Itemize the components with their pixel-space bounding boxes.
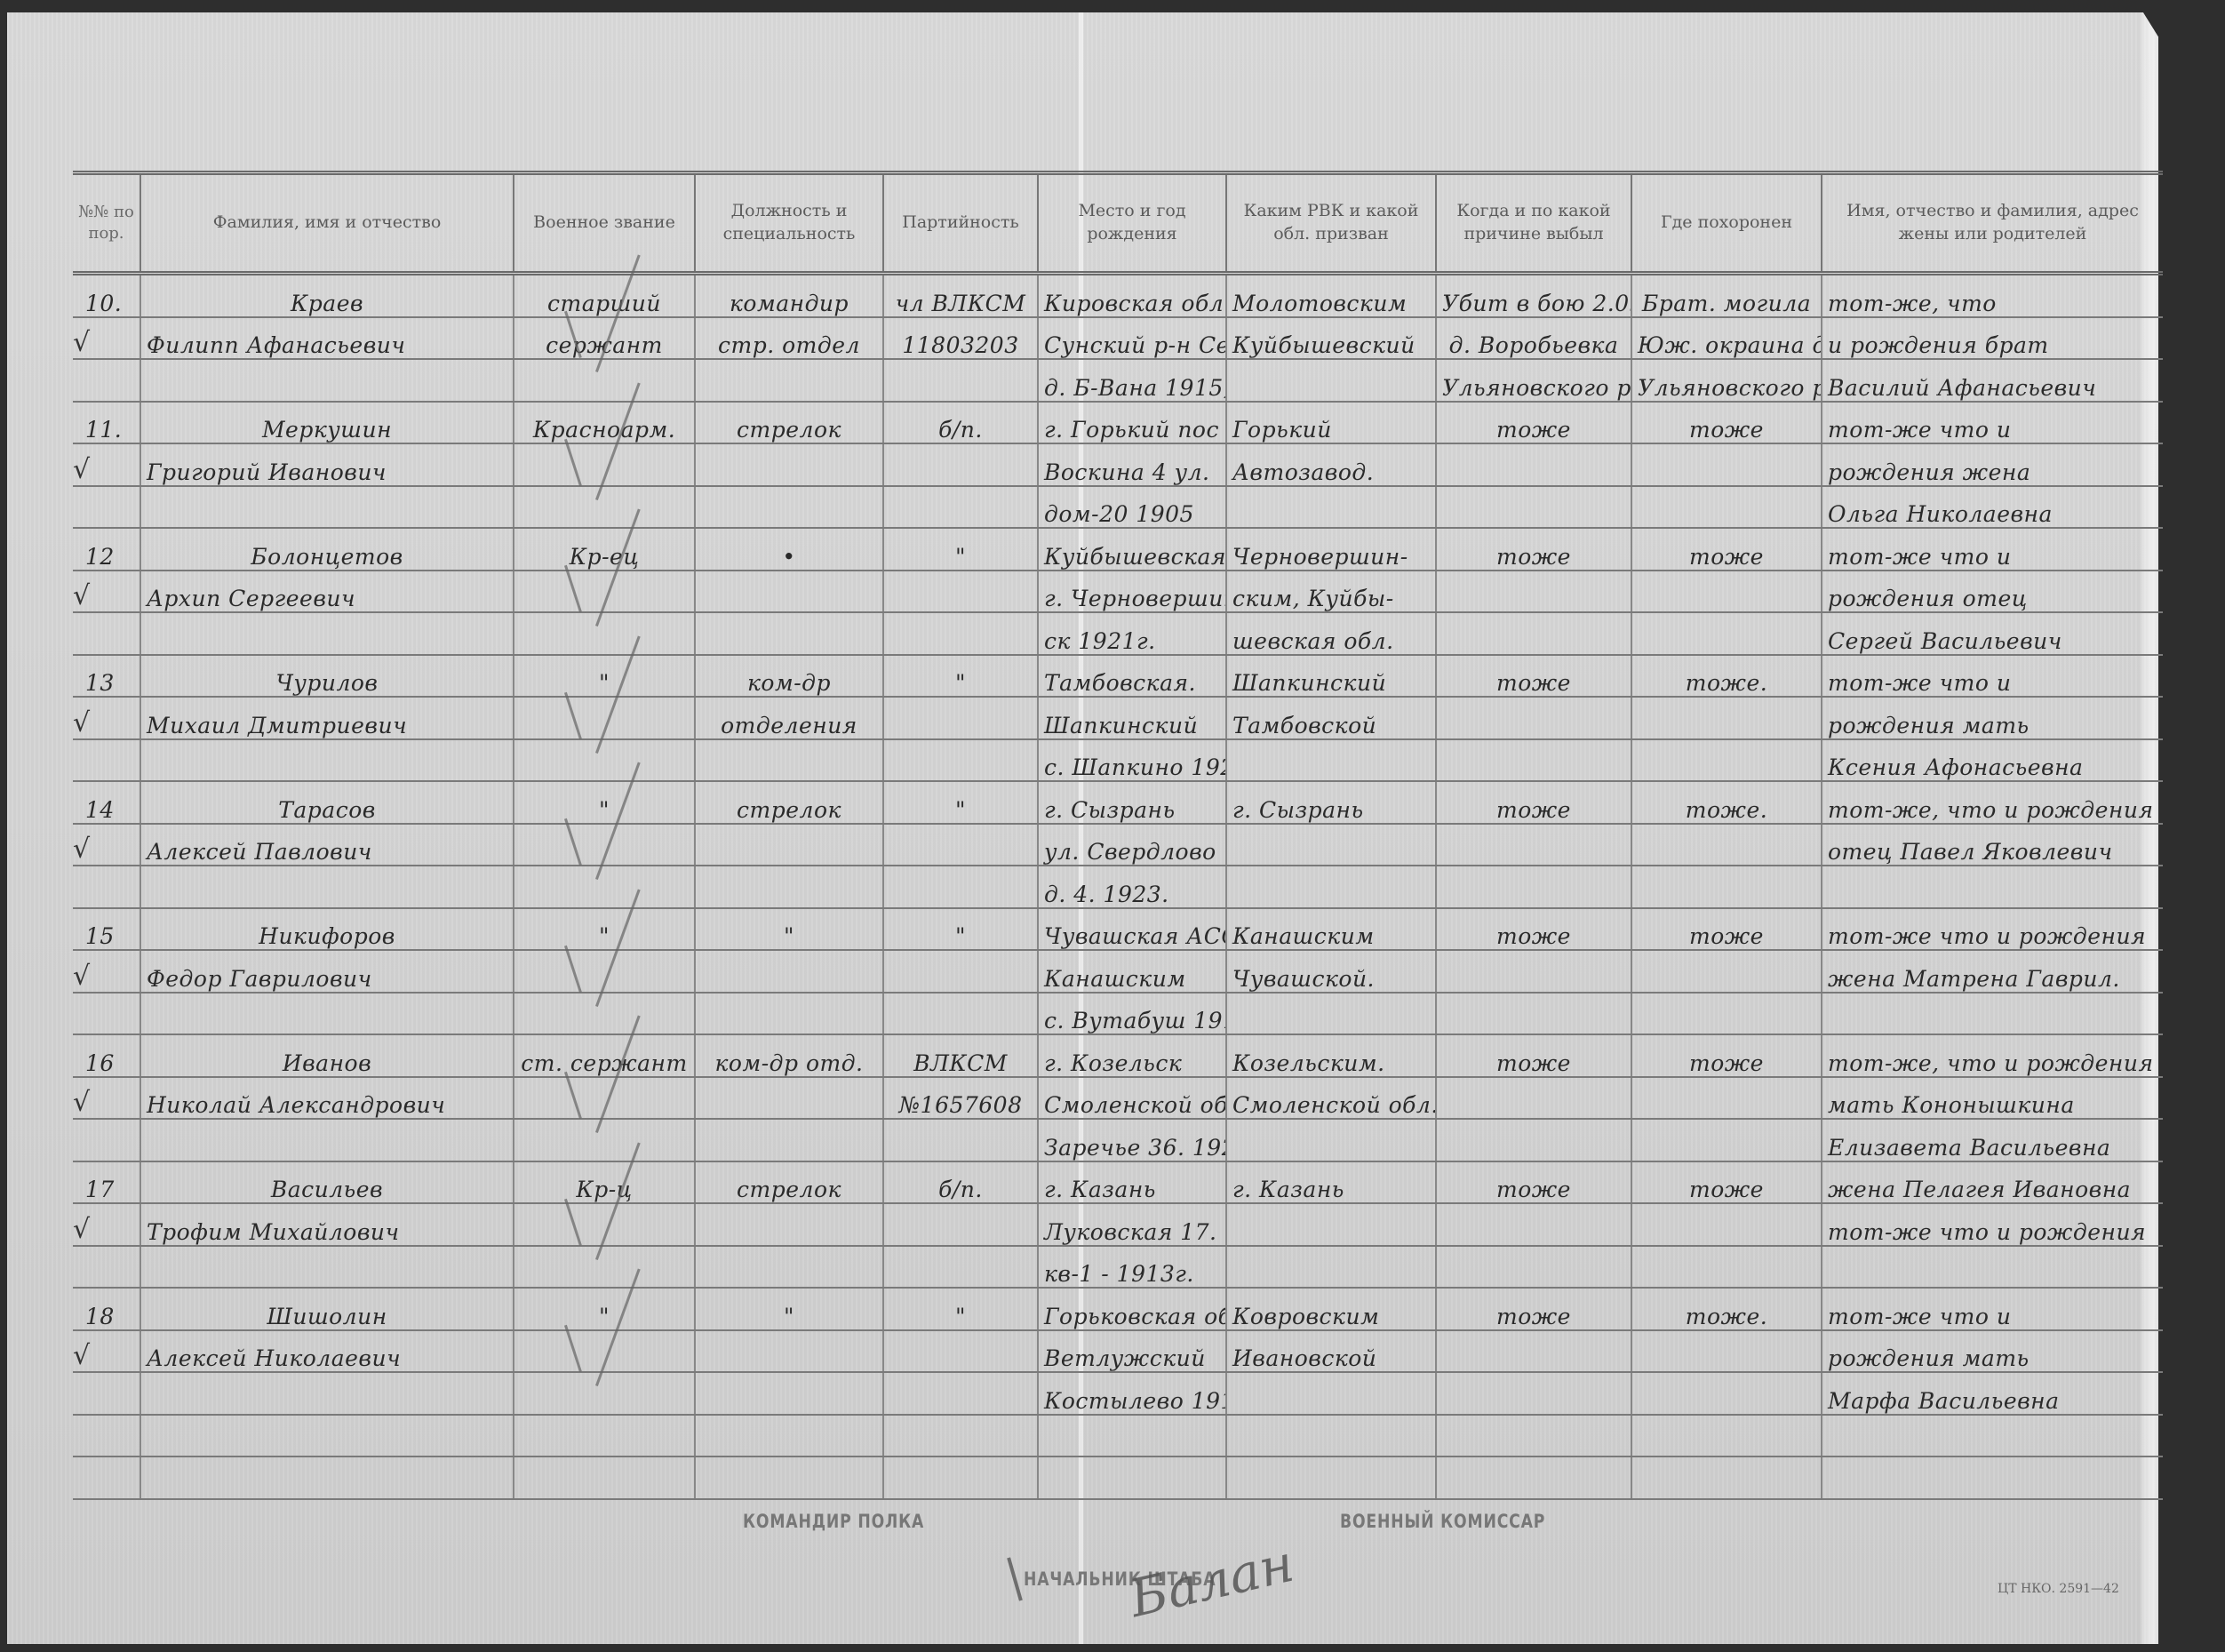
cell-position [695,739,883,782]
header-birth: Место и год рождения [1038,173,1226,274]
cell-party [883,993,1038,1035]
row-number [73,1246,140,1289]
empty-cell [1436,1456,1631,1499]
regiment-commander-label: КОМАНДИР ПОЛКА [743,1511,924,1532]
cell-relatives: жена Матрена Гаврил. [1822,950,2163,993]
cell-departed [1436,697,1631,739]
cell-conscripted: Козельским. [1226,1034,1436,1077]
cell-position: • [695,528,883,571]
cell-birth: Смоленской обл. [1038,1077,1226,1120]
cell-position: стрелок [695,1161,883,1204]
header-position: Должность и специальность [695,173,883,274]
row-number: 16 [73,1034,140,1077]
cell-conscripted [1226,993,1436,1035]
header-buried: Где похоронен [1631,173,1822,274]
cell-name: Филипп Афанасьевич [140,317,514,360]
cell-party: 11803203 [883,317,1038,360]
check-mark-icon: √ [73,1087,91,1118]
check-mark-icon: √ [73,454,91,485]
cell-rank: сержант [514,317,695,360]
cell-conscripted: Куйбышевский [1226,317,1436,360]
cell-party [883,1119,1038,1161]
cell-relatives: мать Кононышкина [1822,1077,2163,1120]
cell-party [883,1246,1038,1289]
cell-birth: с. Шапкино 1922 [1038,739,1226,782]
cell-party: " [883,1288,1038,1330]
cell-name [140,1372,514,1415]
cell-birth: Тамбовская. [1038,655,1226,698]
cell-birth: Костылево 1916. [1038,1372,1226,1415]
cell-relatives: тот-же что и [1822,655,2163,698]
cell-party [883,571,1038,613]
cell-conscripted: Тамбовской [1226,697,1436,739]
empty-cell [514,1415,695,1457]
cell-conscripted [1226,1119,1436,1161]
empty-cell [1038,1415,1226,1457]
cell-conscripted [1226,824,1436,866]
cell-position [695,1203,883,1246]
table-row: 12БолонцетовКр-ец•"КуйбышевскаяЧерноверш… [73,528,2163,571]
cell-rank: " [514,655,695,698]
cell-position: командир [695,274,883,317]
cell-buried [1631,486,1822,529]
cell-relatives: Елизавета Васильевна [1822,1119,2163,1161]
cell-name: Трофим Михайлович [140,1203,514,1246]
cell-departed: тоже [1436,528,1631,571]
cell-conscripted: Чувашской. [1226,950,1436,993]
cell-rank [514,824,695,866]
cell-relatives: отец Павел Яковлевич [1822,824,2163,866]
cell-buried: тоже. [1631,655,1822,698]
cell-relatives [1822,1246,2163,1289]
cell-name [140,1246,514,1289]
cell-conscripted: Автозавод. [1226,443,1436,486]
cell-rank [514,1119,695,1161]
cell-name: Никифоров [140,908,514,951]
cell-position [695,571,883,613]
cell-party: " [883,781,1038,824]
cell-name: Меркушин [140,402,514,444]
cell-buried: тоже [1631,528,1822,571]
cell-relatives [1822,866,2163,908]
cell-departed [1436,866,1631,908]
cell-relatives: Ольга Николаевна [1822,486,2163,529]
table-row: √Филипп Афанасьевичсержантстр. отдел1180… [73,317,2163,360]
table-row: д. Б-Вана 1915,Ульяновского р-на Орловск… [73,359,2163,402]
cell-birth: Шапкинский [1038,697,1226,739]
cell-position [695,443,883,486]
cell-rank: ст. сержант [514,1034,695,1077]
cell-buried: Юж. окраина д. Полошково [1631,317,1822,360]
cell-party [883,612,1038,655]
row-number: 14 [73,781,140,824]
cell-birth: Чувашская АССР [1038,908,1226,951]
cell-name [140,866,514,908]
check-mark-icon: √ [73,707,91,738]
cell-name [140,486,514,529]
cell-relatives: тот-же что и [1822,528,2163,571]
cell-relatives: рождения мать [1822,697,2163,739]
cell-departed [1436,443,1631,486]
cell-relatives: и рождения брат [1822,317,2163,360]
cell-relatives: тот-же что и рождения [1822,1203,2163,1246]
cell-buried [1631,1077,1822,1120]
cell-name: Григорий Иванович [140,443,514,486]
cell-conscripted [1226,739,1436,782]
cell-birth: Куйбышевская [1038,528,1226,571]
table-row: ск 1921г.шевская обл.Сергей Васильевич [73,612,2163,655]
cell-conscripted: г. Казань [1226,1161,1436,1204]
cell-departed: тоже [1436,1288,1631,1330]
table-header-row: №№ по пор. Фамилия, имя и отчество Военн… [73,173,2163,274]
cell-relatives: Ксения Афонасьевна [1822,739,2163,782]
cell-departed: тоже [1436,402,1631,444]
cell-birth: д. Б-Вана 1915, [1038,359,1226,402]
cell-name: Архип Сергеевич [140,571,514,613]
row-check-mark: √ [73,1330,140,1373]
empty-cell [73,1456,140,1499]
cell-conscripted [1226,1246,1436,1289]
table-row: 15Никифоров"""Чувашская АССРКанашскимтож… [73,908,2163,951]
cell-relatives: жена Пелагея Ивановна [1822,1161,2163,1204]
row-number: 11. [73,402,140,444]
cell-relatives: Марфа Васильевна [1822,1372,2163,1415]
cell-relatives: тот-же что и [1822,1288,2163,1330]
cell-conscripted: Горький [1226,402,1436,444]
cell-party [883,359,1038,402]
row-number: 10. [73,274,140,317]
cell-name [140,1119,514,1161]
cell-party: б/п. [883,402,1038,444]
form-code: ЦТ НКО. 2591—42 [1998,1582,2119,1596]
cell-name: Михаил Дмитриевич [140,697,514,739]
cell-party [883,1330,1038,1373]
cell-departed [1436,1077,1631,1120]
row-check-mark: √ [73,950,140,993]
cell-party: ВЛКСМ [883,1034,1038,1077]
cell-relatives: тот-же, что и рождения [1822,781,2163,824]
cell-relatives: тот-же, что и рождения [1822,1034,2163,1077]
cell-birth: Сунский р-н Селезневский с/с [1038,317,1226,360]
cell-name: Васильев [140,1161,514,1204]
cell-buried: Ульяновского р-на Орлов. обл. [1631,359,1822,402]
header-departed: Когда и по какой причине выбыл [1436,173,1631,274]
cell-rank [514,1077,695,1120]
empty-cell [695,1415,883,1457]
cell-birth: д. 4. 1923. [1038,866,1226,908]
table-body: 10.Краевстаршийкомандирчл ВЛКСМКировская… [73,274,2163,1499]
cell-departed [1436,1330,1631,1373]
cell-buried: тоже. [1631,1288,1822,1330]
cell-position [695,486,883,529]
cell-rank: " [514,1288,695,1330]
cell-birth: дом-20 1905 [1038,486,1226,529]
header-party: Партийность [883,173,1038,274]
check-mark-icon: √ [73,834,91,865]
military-commissar-label: ВОЕННЫЙ КОМИССАР [1340,1511,1545,1532]
cell-conscripted: Молотовским [1226,274,1436,317]
cell-position [695,612,883,655]
cell-position: ком-др [695,655,883,698]
cell-name: Иванов [140,1034,514,1077]
cell-position: " [695,1288,883,1330]
cell-rank [514,697,695,739]
cell-rank [514,571,695,613]
row-check-mark: √ [73,443,140,486]
cell-birth: Ветлужский [1038,1330,1226,1373]
cell-departed [1436,571,1631,613]
header-name: Фамилия, имя и отчество [140,173,514,274]
cell-relatives: рождения отец [1822,571,2163,613]
cell-conscripted [1226,486,1436,529]
table-row: √Алексей Павловичул. Свердловоотец Павел… [73,824,2163,866]
cell-rank: " [514,781,695,824]
table-row: √Алексей НиколаевичВетлужскийИвановскойр… [73,1330,2163,1373]
empty-cell [1226,1415,1436,1457]
check-mark-icon: √ [73,1340,91,1371]
cell-rank [514,1203,695,1246]
cell-departed [1436,1372,1631,1415]
cell-buried [1631,1203,1822,1246]
cell-relatives [1822,993,2163,1035]
cell-position: стр. отдел [695,317,883,360]
cell-departed: Убит в бою 2.09.42г. [1436,274,1631,317]
cell-departed [1436,612,1631,655]
table-row: √Николай Александрович№1657608Смоленской… [73,1077,2163,1120]
cell-rank [514,1330,695,1373]
cell-departed: тоже [1436,655,1631,698]
cell-name [140,359,514,402]
cell-party: " [883,908,1038,951]
cell-position [695,1119,883,1161]
cell-departed [1436,1246,1631,1289]
cell-position [695,824,883,866]
cell-name: Тарасов [140,781,514,824]
cell-conscripted: шевская обл. [1226,612,1436,655]
cell-departed [1436,993,1631,1035]
cell-name: Николай Александрович [140,1077,514,1120]
cell-relatives: рождения жена [1822,443,2163,486]
cell-departed [1436,486,1631,529]
row-number [73,739,140,782]
cell-birth: г. Сызрань [1038,781,1226,824]
cell-rank [514,950,695,993]
row-number: 13 [73,655,140,698]
row-number: 15 [73,908,140,951]
cell-birth: Воскина 4 ул. [1038,443,1226,486]
table-row: √Архип Сергеевичг. Черновершин-ским, Куй… [73,571,2163,613]
cell-party: чл ВЛКСМ [883,274,1038,317]
table-row: 17ВасильевКр-цстрелокб/п.г. Казаньг. Каз… [73,1161,2163,1204]
cell-conscripted [1226,866,1436,908]
cell-buried: тоже. [1631,781,1822,824]
row-number [73,1372,140,1415]
cell-rank [514,1246,695,1289]
row-check-mark: √ [73,824,140,866]
header-relatives: Имя, отчество и фамилия, адрес жены или … [1822,173,2163,274]
empty-cell [1631,1456,1822,1499]
cell-conscripted [1226,359,1436,402]
cell-party [883,1203,1038,1246]
table-row: Заречье 36. 1923.Елизавета Васильевна [73,1119,2163,1161]
cell-position [695,993,883,1035]
cell-buried [1631,612,1822,655]
cell-relatives: рождения мать [1822,1330,2163,1373]
table-row: √Михаил ДмитриевичотделенияШапкинскийТам… [73,697,2163,739]
cell-birth: Заречье 36. 1923. [1038,1119,1226,1161]
cell-name: Федор Гаврилович [140,950,514,993]
cell-buried [1631,1330,1822,1373]
row-number: 17 [73,1161,140,1204]
cell-position [695,1372,883,1415]
cell-buried [1631,443,1822,486]
empty-cell [695,1456,883,1499]
cell-conscripted [1226,1203,1436,1246]
row-check-mark: √ [73,317,140,360]
row-number: 12 [73,528,140,571]
check-mark-icon: √ [73,580,91,611]
cell-party [883,739,1038,782]
cell-name: Алексей Павлович [140,824,514,866]
cell-buried: тоже [1631,908,1822,951]
cell-birth: г. Горький пос [1038,402,1226,444]
cell-position: стрелок [695,781,883,824]
cell-buried: тоже [1631,1034,1822,1077]
cell-position: " [695,908,883,951]
cell-party: " [883,655,1038,698]
table-row-empty [73,1456,2163,1499]
cell-relatives: тот-же что и [1822,402,2163,444]
table-row: 16Ивановст. сержантком-др отд.ВЛКСМг. Ко… [73,1034,2163,1077]
cell-buried [1631,571,1822,613]
cell-birth: Горьковская обл. [1038,1288,1226,1330]
table-row-empty [73,1415,2163,1457]
table-row: √Федор ГавриловичКанашскимЧувашской.жена… [73,950,2163,993]
cell-position [695,1077,883,1120]
cell-position: ком-др отд. [695,1034,883,1077]
cell-name: Чурилов [140,655,514,698]
cell-rank: старший [514,274,695,317]
table-row: 10.Краевстаршийкомандирчл ВЛКСМКировская… [73,274,2163,317]
cell-buried [1631,739,1822,782]
cell-name: Болонцетов [140,528,514,571]
cell-birth: Луковская 17. [1038,1203,1226,1246]
cell-buried [1631,1119,1822,1161]
cell-name [140,612,514,655]
cell-rank [514,1372,695,1415]
check-mark-icon: √ [73,327,91,358]
cell-buried [1631,866,1822,908]
cell-party [883,950,1038,993]
table-row: 14Тарасов"стрелок"г. Сызраньг. Сызраньто… [73,781,2163,824]
empty-cell [883,1456,1038,1499]
row-number [73,1119,140,1161]
cell-name: Краев [140,274,514,317]
cell-position [695,359,883,402]
cell-party [883,866,1038,908]
check-mark-icon: √ [73,961,91,992]
table-row: √Григорий ИвановичВоскина 4 ул.Автозавод… [73,443,2163,486]
cell-departed [1436,739,1631,782]
cell-rank [514,486,695,529]
cell-departed [1436,1203,1631,1246]
cell-departed: тоже [1436,1161,1631,1204]
cell-conscripted: г. Сызрань [1226,781,1436,824]
empty-cell [883,1415,1038,1457]
casualty-register-table: №№ по пор. Фамилия, имя и отчество Военн… [73,171,2163,1500]
table-row: с. Вутабуш 1916 [73,993,2163,1035]
cell-relatives: тот-же что и рождения [1822,908,2163,951]
cell-conscripted: Канашским [1226,908,1436,951]
row-check-mark: √ [73,697,140,739]
empty-cell [140,1456,514,1499]
cell-party [883,824,1038,866]
cell-departed: тоже [1436,781,1631,824]
cell-buried [1631,1246,1822,1289]
row-check-mark: √ [73,1077,140,1120]
empty-cell [1436,1415,1631,1457]
cell-buried [1631,1372,1822,1415]
cell-departed [1436,1119,1631,1161]
cell-conscripted: Черновершин- [1226,528,1436,571]
cell-departed: Ульяновского р-на Орловской обл. [1436,359,1631,402]
cell-departed [1436,950,1631,993]
cell-birth: ск 1921г. [1038,612,1226,655]
cell-conscripted: Шапкинский [1226,655,1436,698]
cell-party [883,1372,1038,1415]
cell-position: стрелок [695,402,883,444]
row-number [73,993,140,1035]
cell-buried [1631,950,1822,993]
check-mark-icon: √ [73,1214,91,1245]
cell-buried [1631,993,1822,1035]
cell-conscripted: ским, Куйбы- [1226,571,1436,613]
row-number: 18 [73,1288,140,1330]
empty-cell [514,1456,695,1499]
table-row: с. Шапкино 1922Ксения Афонасьевна [73,739,2163,782]
cell-rank [514,739,695,782]
header-number: №№ по пор. [73,173,140,274]
cell-relatives: Василий Афанасьевич [1822,359,2163,402]
cell-party [883,697,1038,739]
cell-name: Алексей Николаевич [140,1330,514,1373]
cell-rank: " [514,908,695,951]
table-row: √Трофим МихайловичЛуковская 17.тот-же чт… [73,1203,2163,1246]
table-row: кв-1 - 1913г. [73,1246,2163,1289]
empty-cell [1038,1456,1226,1499]
cell-birth: Кировская обл. [1038,274,1226,317]
cell-birth: с. Вутабуш 1916 [1038,993,1226,1035]
empty-cell [1822,1415,2163,1457]
table-row: 13Чурилов"ком-др"Тамбовская.Шапкинскийто… [73,655,2163,698]
cell-conscripted: Смоленской обл. [1226,1077,1436,1120]
cell-relatives: Сергей Васильевич [1822,612,2163,655]
cell-position [695,866,883,908]
cell-buried: Брат. могила [1631,274,1822,317]
row-number [73,359,140,402]
cell-departed: тоже [1436,1034,1631,1077]
cell-party: №1657608 [883,1077,1038,1120]
cell-name: Шишолин [140,1288,514,1330]
cell-rank: Кр-ец [514,528,695,571]
cell-position [695,950,883,993]
cell-party: б/п. [883,1161,1038,1204]
row-check-mark: √ [73,571,140,613]
cell-name [140,993,514,1035]
cell-birth: г. Козельск [1038,1034,1226,1077]
table-row: 11.МеркушинКрасноарм.стрелокб/п.г. Горьк… [73,402,2163,444]
empty-cell [1226,1456,1436,1499]
